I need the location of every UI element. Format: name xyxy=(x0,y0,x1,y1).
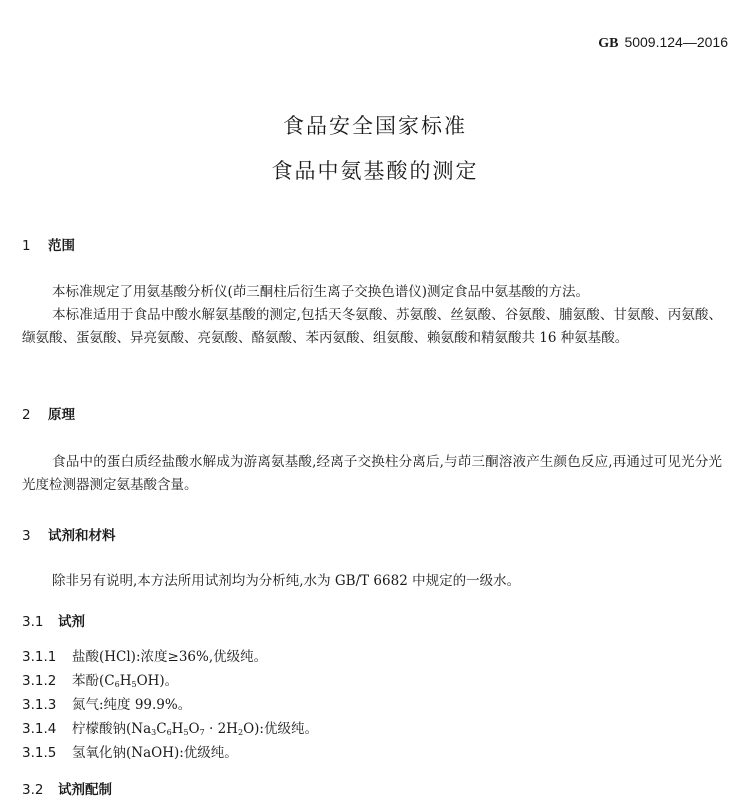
reagent-item: 3.1.1盐酸(HCl):浓度≥36%,优级纯。 xyxy=(22,645,267,665)
reagent-item: 3.1.4柠檬酸钠(Na3C6H5O7 · 2H2O):优级纯。 xyxy=(22,717,318,737)
reagent-item: 3.1.5氢氧化钠(NaOH):优级纯。 xyxy=(22,741,238,761)
document-subtitle: 食品中氨基酸的测定 xyxy=(0,155,750,185)
standard-prefix: GB xyxy=(598,36,618,51)
paragraph-scope-2: 本标准适用于食品中酸水解氨基酸的测定,包括天冬氨酸、苏氨酸、丝氨酸、谷氨酸、脯氨… xyxy=(22,304,722,350)
section-heading-3: 3试剂和材料 xyxy=(22,524,116,544)
standard-code: GB5009.124—2016 xyxy=(598,34,728,52)
section-heading-1: 1范围 xyxy=(22,234,75,254)
section-heading-2: 2原理 xyxy=(22,403,75,423)
subsection-heading-3-2: 3.2试剂配制 xyxy=(22,778,112,798)
reagent-item: 3.1.3氮气:纯度 99.9%。 xyxy=(22,693,191,713)
reagent-item: 3.1.2苯酚(C6H5OH)。 xyxy=(22,669,178,689)
subsection-heading-3-1: 3.1试剂 xyxy=(22,610,85,630)
document-title: 食品安全国家标准 xyxy=(0,110,750,140)
paragraph-reagents-note: 除非另有说明,本方法所用试剂均为分析纯,水为 GB/T 6682 中规定的一级水… xyxy=(22,570,722,593)
standard-number: 5009.124—2016 xyxy=(624,34,728,50)
paragraph-scope-1: 本标准规定了用氨基酸分析仪(茚三酮柱后衍生离子交换色谱仪)测定食品中氨基酸的方法… xyxy=(22,281,722,304)
paragraph-principle: 食品中的蛋白质经盐酸水解成为游离氨基酸,经离子交换柱分离后,与茚三酮溶液产生颜色… xyxy=(22,451,722,497)
